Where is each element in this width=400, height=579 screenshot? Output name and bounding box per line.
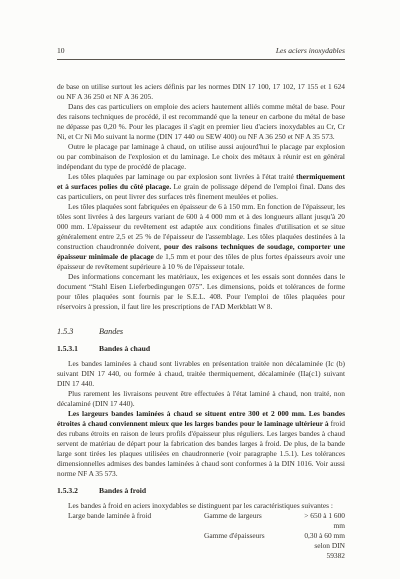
section-heading: 1.5.3.1Bandes à chaud xyxy=(57,344,345,354)
paragraph: Les largeurs bandes laminées à chaud se … xyxy=(57,409,345,479)
spec-name: Gamme de largeurs xyxy=(204,511,300,531)
spec-value: 0,30 à 60 mm xyxy=(300,531,345,541)
section-heading: 1.5.3.2Bandes à froid xyxy=(57,486,345,496)
paragraph: Plus rarement les livraisons peuvent êtr… xyxy=(57,389,345,409)
text-run: Plus rarement les livraisons peuvent êtr… xyxy=(57,389,345,408)
spec-row-label xyxy=(57,541,204,561)
text-run: Outre le placage par laminage à chaud, o… xyxy=(57,142,345,171)
spec-row: Gamme d'épaisseurs0,30 à 60 mm xyxy=(57,531,345,541)
paragraph: Dans des cas particuliers on emploie des… xyxy=(57,102,345,142)
section-title: Bandes xyxy=(99,327,123,336)
paragraph: Les tôles plaquées par laminage ou par e… xyxy=(57,172,345,202)
spec-table: Large bande laminée à froidGamme de larg… xyxy=(57,511,345,561)
document-page: 10 Les aciers inoxydables de base on uti… xyxy=(0,0,400,579)
spec-value: > 650 à 1 600 mm xyxy=(300,511,345,531)
text-run: de base on utilise surtout les aciers dé… xyxy=(57,82,345,101)
text-run: Dans des cas particuliers on emploie des… xyxy=(57,102,345,141)
text-run: Des informations concernant les matériau… xyxy=(57,272,345,311)
section-title: Bandes à froid xyxy=(99,486,146,495)
section-heading: 1.5.3Bandes xyxy=(57,327,345,337)
spec-name: Gamme d'épaisseurs xyxy=(204,531,300,541)
paragraph: Les tôles plaquées sont fabriquées en ép… xyxy=(57,202,345,272)
running-title: Les aciers inoxydables xyxy=(276,46,345,56)
text-run: Les largeurs bandes laminées à chaud se … xyxy=(57,409,345,428)
page-number: 10 xyxy=(57,46,65,56)
paragraph: de base on utilise surtout les aciers dé… xyxy=(57,82,345,102)
spec-value: selon DIN 59382 xyxy=(300,541,345,561)
section-number: 1.5.3.2 xyxy=(57,486,99,496)
text-run: Les bandes laminées à chaud sont livrabl… xyxy=(57,359,345,388)
text-run: Les tôles plaquées par laminage ou par e… xyxy=(68,172,296,181)
spec-row: selon DIN 59382 xyxy=(57,541,345,561)
spec-name xyxy=(204,541,300,561)
page-header: 10 Les aciers inoxydables xyxy=(57,46,345,56)
paragraph: Les bandes à froid en aciers inoxydables… xyxy=(57,501,345,511)
paragraph: Des informations concernant les matériau… xyxy=(57,272,345,312)
spec-row-label: Large bande laminée à froid xyxy=(57,511,204,531)
text-run: Les bandes à froid en aciers inoxydables… xyxy=(68,501,333,510)
section-number: 1.5.3 xyxy=(57,327,99,337)
spec-row-label xyxy=(57,531,204,541)
spec-row: Large bande laminée à froidGamme de larg… xyxy=(57,511,345,531)
section-title: Bandes à chaud xyxy=(99,344,150,353)
page-content: de base on utilise surtout les aciers dé… xyxy=(57,60,345,561)
paragraph: Les bandes laminées à chaud sont livrabl… xyxy=(57,359,345,389)
section-number: 1.5.3.1 xyxy=(57,344,99,354)
paragraph: Outre le placage par laminage à chaud, o… xyxy=(57,142,345,172)
